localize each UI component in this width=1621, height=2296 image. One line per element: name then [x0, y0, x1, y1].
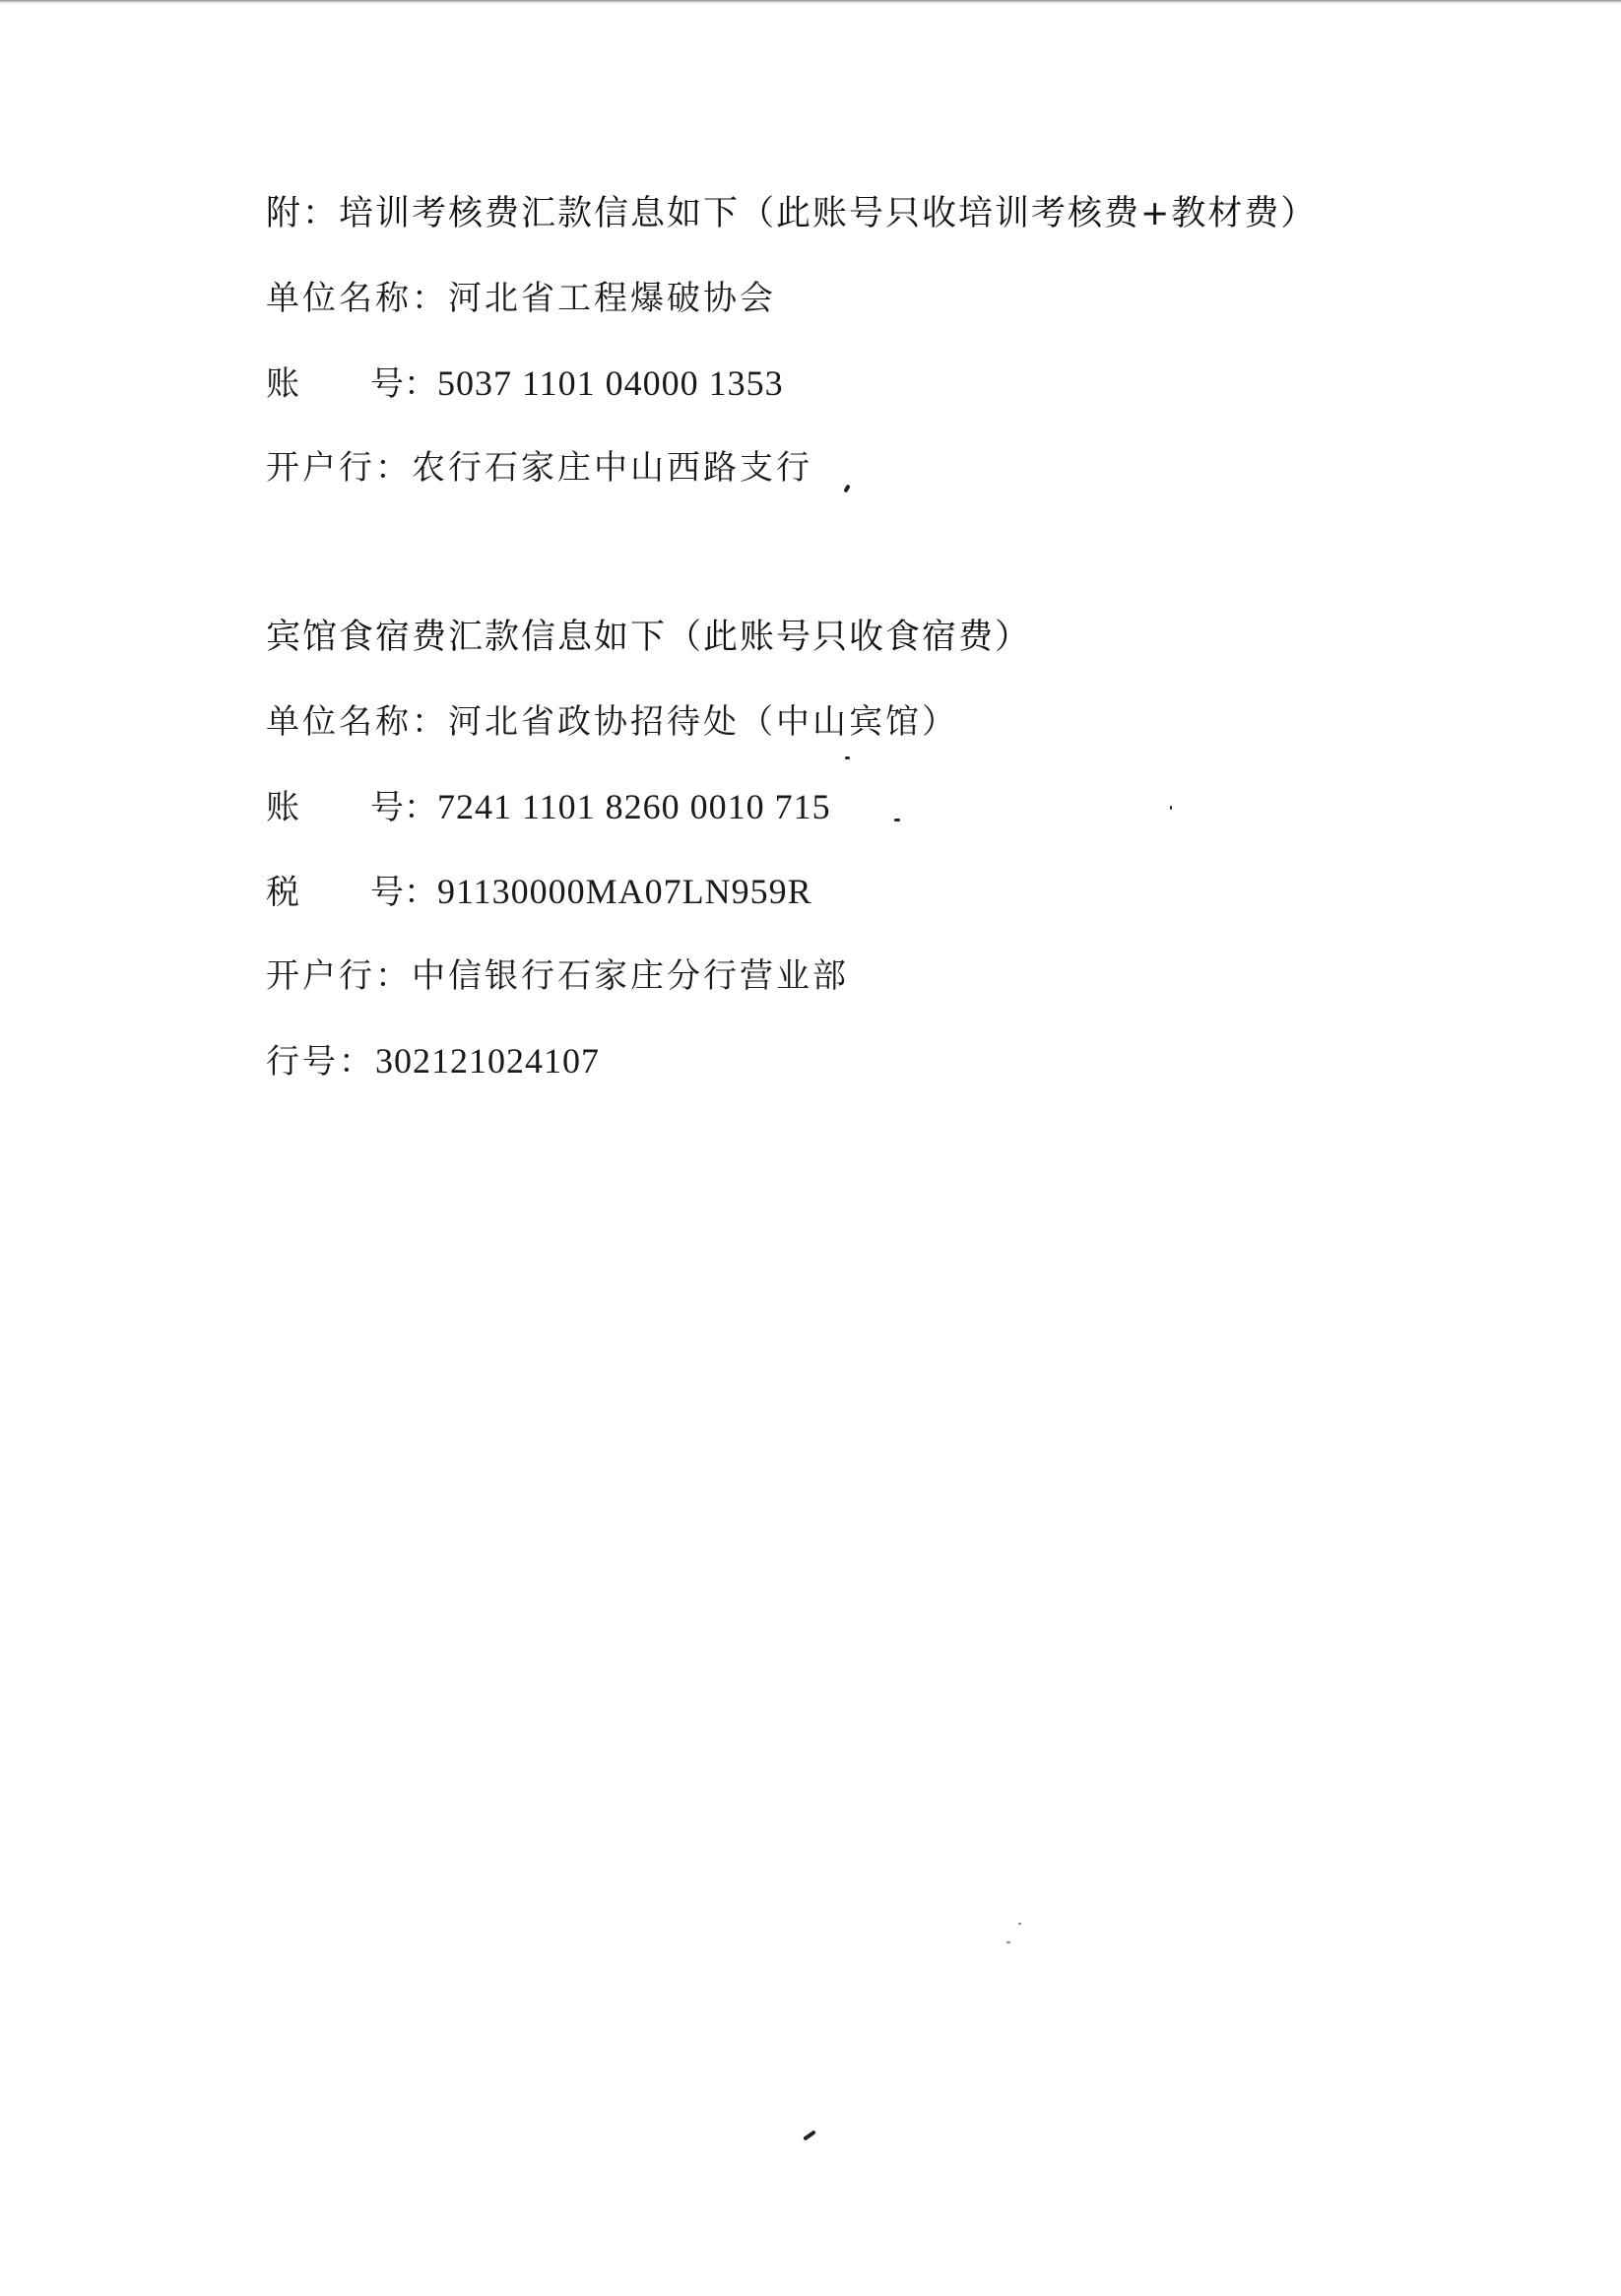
- hotel-bank-code-row: 行号：302121024107: [266, 1032, 1546, 1117]
- hotel-bank-row: 开户行：中信银行石家庄分行营业部: [266, 948, 1546, 1032]
- scan-speck: [1006, 1941, 1010, 1943]
- scan-speck: [1170, 806, 1172, 810]
- unit-name-value: 河北省工程爆破协会: [448, 270, 776, 327]
- account-number-value: 5037 1101 04000 1353: [437, 355, 784, 412]
- account-label: 账号：: [266, 356, 437, 413]
- hotel-unit-name-row: 单位名称：河北省政协招待处（中山宾馆）: [266, 693, 1546, 778]
- hotel-tax-id-row: 税号：91130000MA07LN959R: [266, 863, 1546, 948]
- scan-speck: [845, 756, 850, 759]
- training-bank-row: 开户行：农行石家庄中山西路支行: [266, 439, 1546, 524]
- scan-top-edge: [0, 0, 1621, 4]
- bank-value: 农行石家庄中山西路支行: [412, 439, 812, 496]
- scan-speck: [803, 2130, 816, 2140]
- unit-name-value: 河北省政协招待处（中山宾馆）: [448, 693, 958, 751]
- training-fee-heading: 附：培训考核费汇款信息如下（此账号只收培训考核费+教材费）: [266, 185, 1546, 270]
- hotel-account-row: 账号：7241 1101 8260 0010 715: [266, 778, 1546, 863]
- account-label: 账号：: [266, 779, 437, 836]
- unit-name-label: 单位名称：: [266, 693, 448, 751]
- bank-code-value: 302121024107: [375, 1032, 600, 1089]
- scan-speck: [894, 819, 900, 821]
- bank-label: 开户行：: [266, 439, 412, 496]
- unit-name-label: 单位名称：: [266, 270, 448, 327]
- document-page: 附：培训考核费汇款信息如下（此账号只收培训考核费+教材费） 单位名称：河北省工程…: [266, 185, 1546, 1117]
- training-unit-name-row: 单位名称：河北省工程爆破协会: [266, 270, 1546, 355]
- scan-speck: [1018, 1923, 1021, 1925]
- tax-id-value: 91130000MA07LN959R: [437, 863, 812, 920]
- bank-label: 开户行：: [266, 948, 412, 1005]
- hotel-fee-heading: 宾馆食宿费汇款信息如下（此账号只收食宿费）: [266, 609, 1546, 693]
- hotel-fee-section: 宾馆食宿费汇款信息如下（此账号只收食宿费） 单位名称：河北省政协招待处（中山宾馆…: [266, 609, 1546, 1117]
- account-number-value: 7241 1101 8260 0010 715: [437, 778, 831, 835]
- bank-code-label: 行号：: [266, 1033, 375, 1090]
- bank-value: 中信银行石家庄分行营业部: [412, 948, 849, 1005]
- tax-id-label: 税号：: [266, 864, 437, 921]
- training-account-row: 账号：5037 1101 04000 1353: [266, 355, 1546, 439]
- training-fee-section: 附：培训考核费汇款信息如下（此账号只收培训考核费+教材费） 单位名称：河北省工程…: [266, 185, 1546, 524]
